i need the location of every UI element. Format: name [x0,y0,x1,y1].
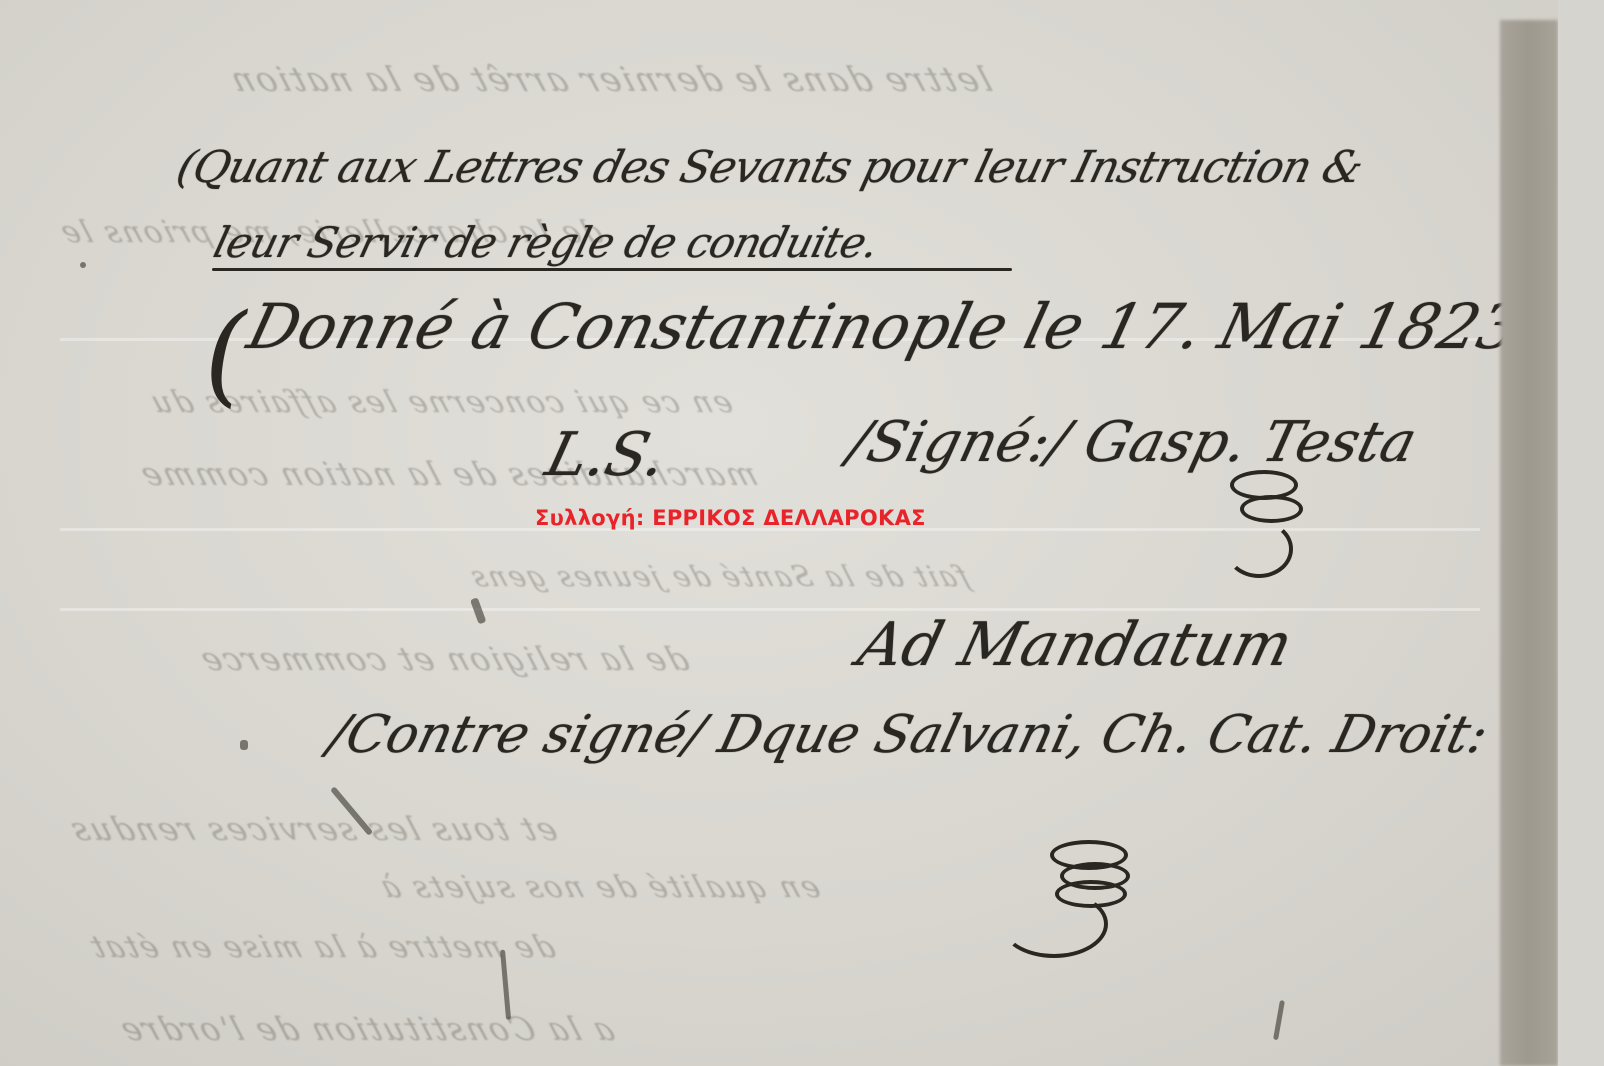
document-photo: lettre dans le dernier arrêt de la natio… [0,0,1604,1066]
manuscript-line-1: (Quant aux Lettres des Sevants pour leur… [172,142,1368,193]
underline-flourish [212,268,1012,271]
bleed-through-text: fait de la Santé de jeunes gens [465,560,974,593]
countersignature-line: /Contre signé/ Dque Salvani, Ch. Cat. Dr… [323,705,1495,765]
ad-mandatum-line: Ad Mandatum [851,610,1299,680]
collection-watermark: Συλλογή: ΕΡΡΙΚΟΣ ΔΕΛΛΑΡΟΚΑΣ [535,506,926,530]
manuscript-line-2: leur Servir de règle de conduite. [209,218,883,267]
ink-stroke [1273,1000,1285,1040]
bleed-through-text: et tous les services rendus [64,810,562,848]
bleed-through-text: de mettre à la mise en état [84,930,559,965]
bleed-through-text: marchandises de la nation comme [134,455,763,493]
bleed-through-text: de la religion et commerce [194,640,694,678]
bleed-through-text: lettre dans le dernier arrêt de la natio… [224,60,998,100]
paraph-flourish [1225,520,1293,578]
manuscript-date-line: Donné à Constantinople le 17. Mai 1823. [241,290,1547,363]
locus-sigilli-mark: L.S. [539,420,673,490]
bleed-through-text: a la Constitution de l'ordre [114,1010,619,1048]
page-edge [1558,0,1604,1066]
bleed-through-text: en qualité de nos sujets à [374,870,824,905]
paraph-flourish [1000,890,1108,958]
ink-dot [240,740,248,750]
mounting-strip [1500,20,1558,1066]
ink-dot [80,262,86,268]
paraph-flourish [1240,495,1303,523]
signature-line: /Signé:/ Gasp. Testa [842,410,1423,475]
